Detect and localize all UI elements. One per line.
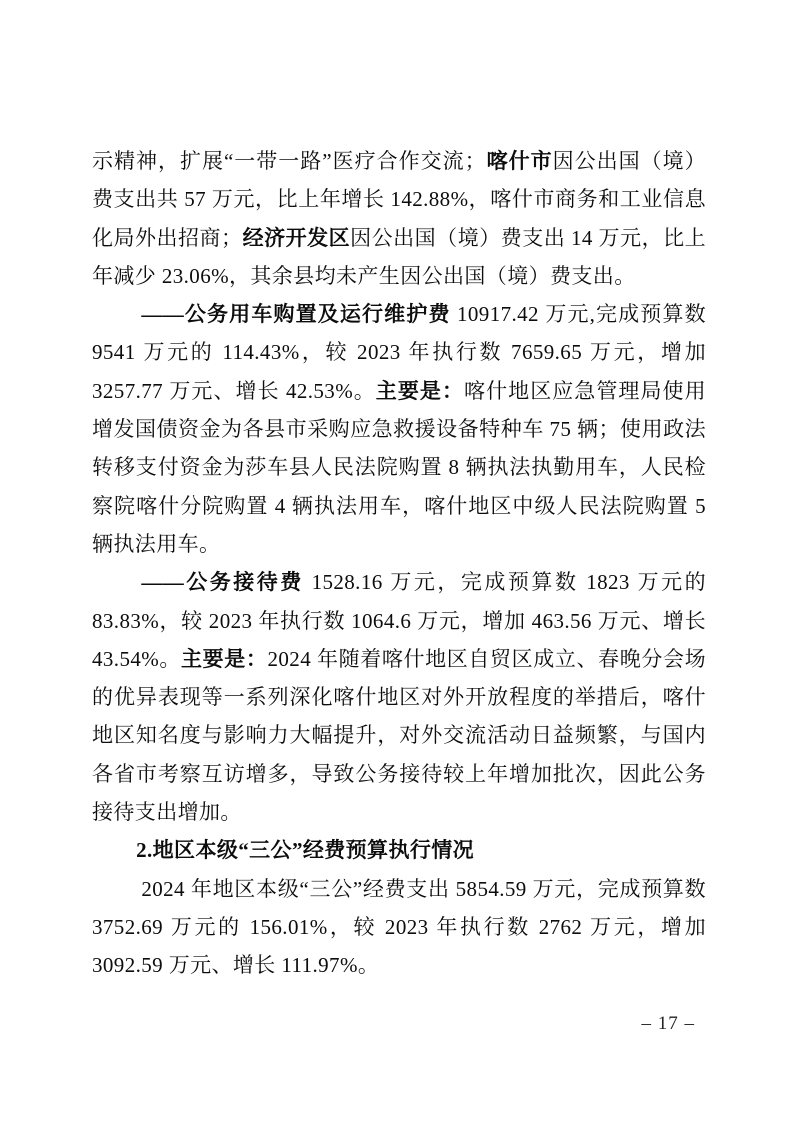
section-heading-three-public-funds: 2.地区本级“三公”经费预算执行情况: [92, 831, 706, 869]
document-body: 示精神，扩展“一带一路”医疗合作交流；喀什市因公出国（境）费支出共 57 万元，…: [92, 142, 706, 985]
paragraph-three-public-total: 2024 年地区本级“三公”经费支出 5854.59 万元，完成预算数 3752…: [92, 870, 706, 985]
emphasis-vehicle-expense-title: ——公务用车购置及运行维护费: [141, 302, 450, 326]
text-run: 喀什地区应急管理局使用增发国债资金为各县市采购应急救援设备特种车 75 辆；使用…: [92, 379, 706, 556]
emphasis-mainly-label: 主要是：: [376, 379, 464, 403]
document-page: 示精神，扩展“一带一路”医疗合作交流；喀什市因公出国（境）费支出共 57 万元，…: [0, 0, 793, 1122]
emphasis-kashgar-city: 喀什市: [486, 149, 553, 173]
paragraph-vehicle-expense: ——公务用车购置及运行维护费 10917.42 万元,完成预算数 9541 万元…: [92, 295, 706, 563]
paragraph-official-overseas-travel: 示精神，扩展“一带一路”医疗合作交流；喀什市因公出国（境）费支出共 57 万元，…: [92, 142, 706, 295]
text-run: 2024 年地区本级“三公”经费支出 5854.59 万元，完成预算数 3752…: [92, 877, 706, 978]
emphasis-reception-expense-title: ——公务接待费: [141, 570, 303, 594]
paragraph-reception-expense: ——公务接待费 1528.16 万元，完成预算数 1823 万元的 83.83%…: [92, 563, 706, 831]
emphasis-economic-development-zone: 经济开发区: [242, 226, 350, 250]
page-number: – 17 –: [642, 1013, 696, 1034]
page-footer: – 17 –: [642, 1012, 696, 1036]
text-run: 示精神，扩展“一带一路”医疗合作交流；: [92, 149, 486, 173]
text-run: 2024 年随着喀什地区自贸区成立、春晚分会场的优异表现等一系列深化喀什地区对外…: [92, 647, 706, 824]
emphasis-mainly-label: 主要是：: [181, 647, 268, 671]
